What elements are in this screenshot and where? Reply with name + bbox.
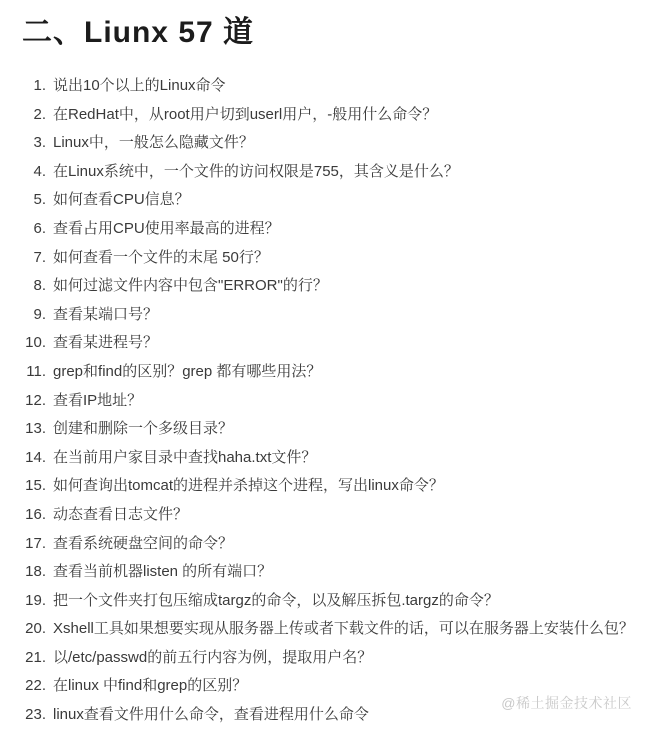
list-item: 17.查看系统硬盘空间的命令？: [22, 530, 632, 559]
item-number: 20.: [22, 615, 46, 644]
item-text: 查看IP地址？: [53, 387, 142, 416]
list-item: 18.查看当前机器listen 的所有端口？: [22, 558, 632, 587]
item-text: 把一个文件夹打包压缩成targz的命令，以及解压拆包.targz的命令？: [53, 587, 499, 616]
item-text: 在linux 中find和grep的区别？: [53, 672, 247, 701]
item-number: 12.: [22, 387, 46, 416]
item-text: 说出10个以上的Linux命令: [53, 72, 226, 101]
list-item: 15.如何查询出tomcat的进程并杀掉这个进程，写出linux命令？: [22, 472, 632, 501]
item-number: 17.: [22, 530, 46, 559]
item-text: 如何查看CPU信息？: [53, 186, 190, 215]
list-item: 5.如何查看CPU信息？: [22, 186, 632, 215]
list-item: 8.如何过滤文件内容中包含"ERROR"的行？: [22, 272, 632, 301]
watermark: @稀土掘金技术社区: [501, 693, 632, 713]
item-number: 9.: [22, 301, 46, 330]
item-text: 查看占用CPU使用率最高的进程？: [53, 215, 280, 244]
list-item: 21.以/etc/passwd的前五行内容为例，提取用户名？: [22, 644, 632, 673]
item-text: 创建和删除一个多级目录？: [53, 415, 233, 444]
list-item: 3.Linux中，一般怎么隐藏文件？: [22, 129, 632, 158]
list-item: 19.把一个文件夹打包压缩成targz的命令，以及解压拆包.targz的命令？: [22, 587, 632, 616]
item-text: 在当前用户家目录中查找haha.txt文件？: [53, 444, 316, 473]
item-number: 7.: [22, 244, 46, 273]
item-number: 23.: [22, 701, 46, 730]
item-number: 6.: [22, 215, 46, 244]
item-number: 3.: [22, 129, 46, 158]
item-text: linux查看文件用什么命令，查看进程用什么命令: [53, 701, 369, 730]
item-number: 18.: [22, 558, 46, 587]
list-item: 10.查看某进程号？: [22, 329, 632, 358]
item-text: 查看系统硬盘空间的命令？: [53, 530, 233, 559]
list-item: 4.在Linux系统中，一个文件的访问权限是755，其含义是什么？: [22, 158, 632, 187]
item-number: 19.: [22, 587, 46, 616]
list-item: 6.查看占用CPU使用率最高的进程？: [22, 215, 632, 244]
item-text: 以/etc/passwd的前五行内容为例，提取用户名？: [53, 644, 372, 673]
item-number: 22.: [22, 672, 46, 701]
list-item: 16.动态查看日志文件？: [22, 501, 632, 530]
list-item: 20.Xshell工具如果想要实现从服务器上传或者下载文件的话，可以在服务器上安…: [22, 615, 632, 644]
item-number: 1.: [22, 72, 46, 101]
document-page: 二、Liunx 57 道 1.说出10个以上的Linux命令2.在RedHat中…: [0, 0, 654, 733]
item-text: 如何查询出tomcat的进程并杀掉这个进程，写出linux命令？: [53, 472, 444, 501]
list-item: 9.查看某端口号？: [22, 301, 632, 330]
item-number: 13.: [22, 415, 46, 444]
list-item: 14.在当前用户家目录中查找haha.txt文件？: [22, 444, 632, 473]
item-number: 8.: [22, 272, 46, 301]
item-number: 11.: [22, 358, 46, 387]
page-title: 二、Liunx 57 道: [22, 14, 632, 52]
list-item: 13.创建和删除一个多级目录？: [22, 415, 632, 444]
item-number: 15.: [22, 472, 46, 501]
item-number: 2.: [22, 101, 46, 130]
item-number: 4.: [22, 158, 46, 187]
item-text: grep和find的区别？grep 都有哪些用法？: [53, 358, 321, 387]
item-number: 14.: [22, 444, 46, 473]
item-text: 查看某进程号？: [53, 329, 158, 358]
list-item: 7.如何查看一个文件的末尾 50行？: [22, 244, 632, 273]
list-item: 1.说出10个以上的Linux命令: [22, 72, 632, 101]
item-text: 如何查看一个文件的末尾 50行？: [53, 244, 269, 273]
item-number: 5.: [22, 186, 46, 215]
item-number: 21.: [22, 644, 46, 673]
list-item: 2.在RedHat中，从root用户切到userl用户，-般用什么命令？: [22, 101, 632, 130]
item-text: 在Linux系统中，一个文件的访问权限是755，其含义是什么？: [53, 158, 459, 187]
item-text: 如何过滤文件内容中包含"ERROR"的行？: [53, 272, 328, 301]
item-text: Linux中，一般怎么隐藏文件？: [53, 129, 254, 158]
item-text: 查看当前机器listen 的所有端口？: [53, 558, 272, 587]
item-text: 动态查看日志文件？: [53, 501, 188, 530]
item-text: 在RedHat中，从root用户切到userl用户，-般用什么命令？: [53, 101, 437, 130]
list-item: 11.grep和find的区别？grep 都有哪些用法？: [22, 358, 632, 387]
item-text: 查看某端口号？: [53, 301, 158, 330]
item-text: Xshell工具如果想要实现从服务器上传或者下载文件的话，可以在服务器上安装什么…: [53, 615, 634, 644]
item-number: 10.: [22, 329, 46, 358]
list-item: 12.查看IP地址？: [22, 387, 632, 416]
question-list: 1.说出10个以上的Linux命令2.在RedHat中，从root用户切到use…: [22, 72, 632, 730]
item-number: 16.: [22, 501, 46, 530]
